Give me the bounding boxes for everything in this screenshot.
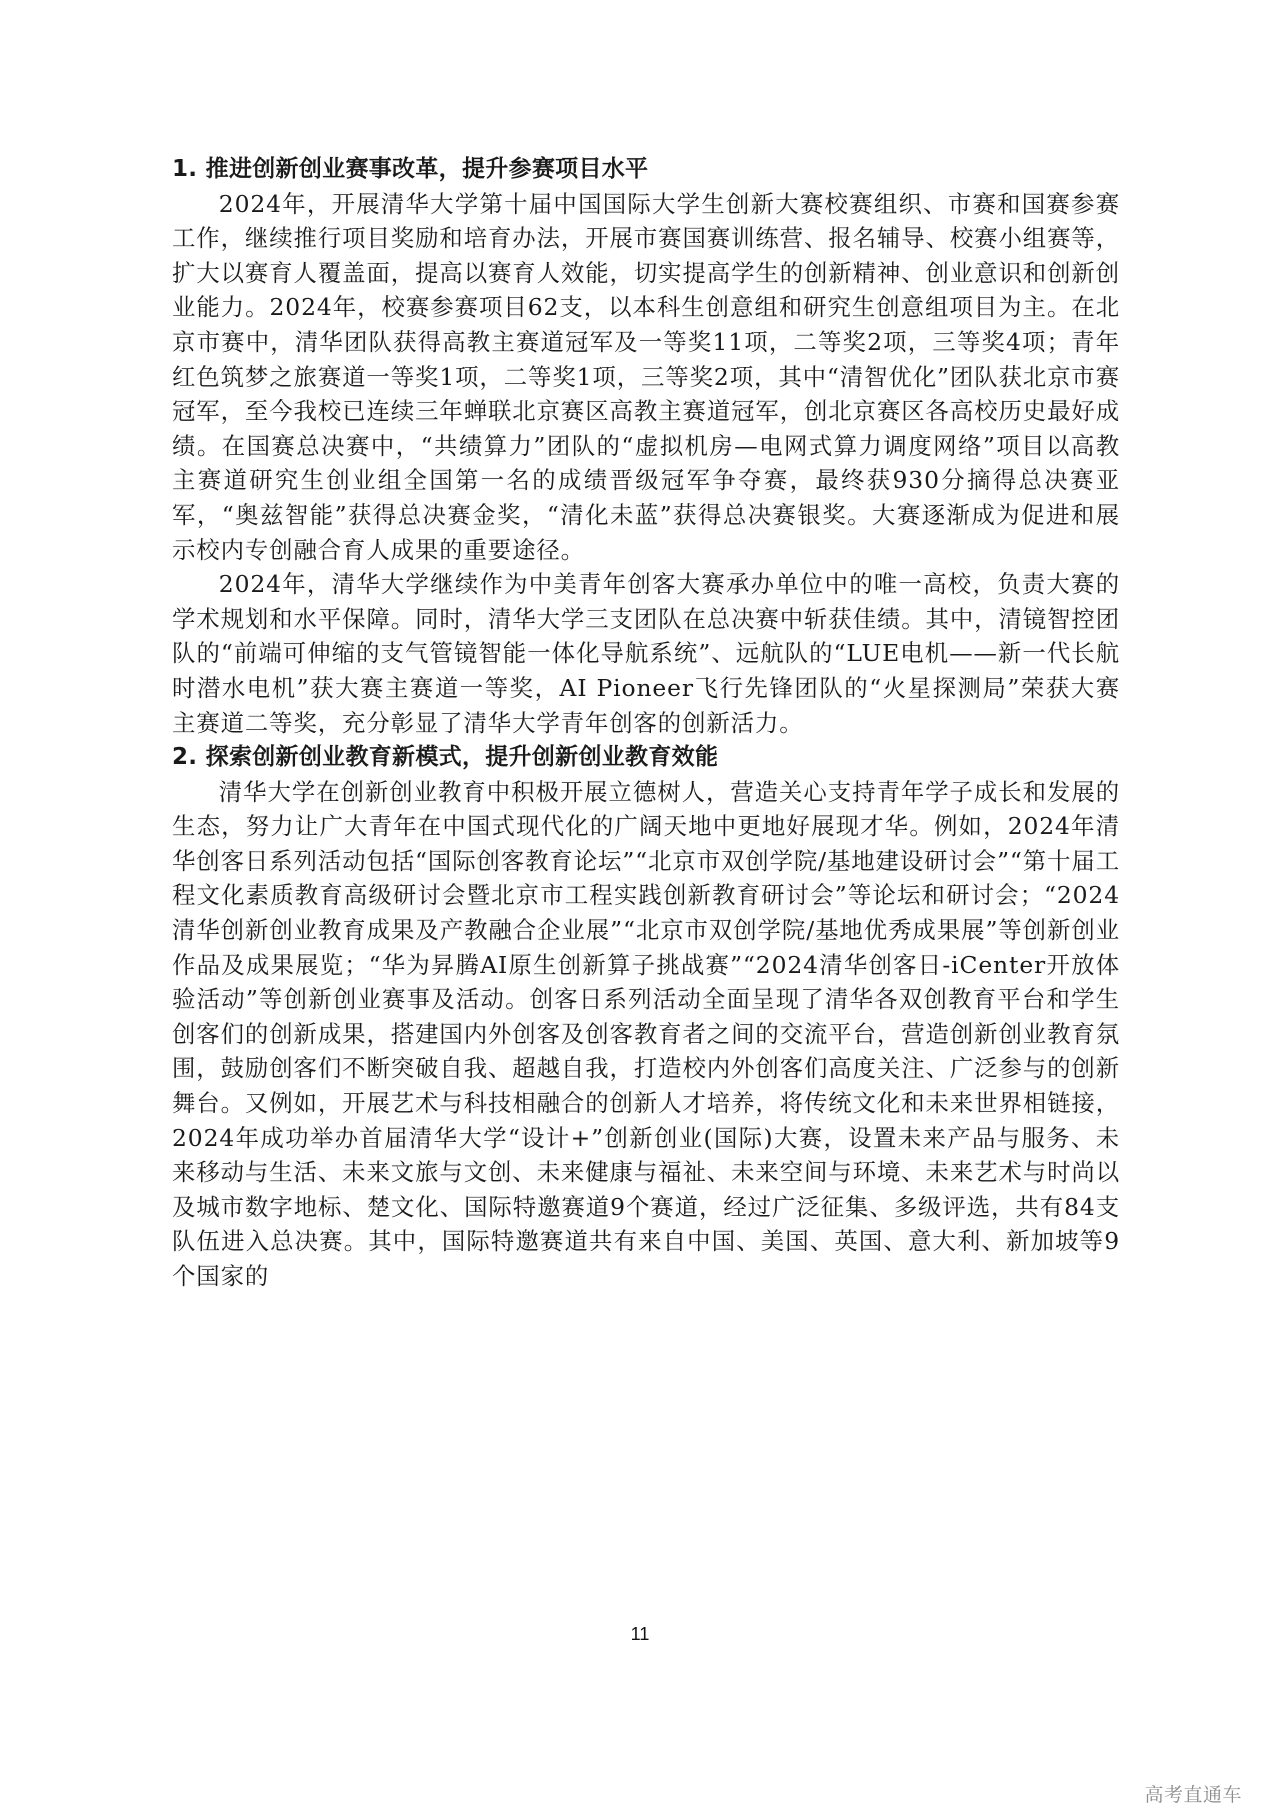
watermark: 高考直通车 (1144, 1780, 1242, 1807)
paragraph-competition-reform: 2024年，开展清华大学第十届中国国际大学生创新大赛校赛组织、市赛和国赛参赛工作… (172, 187, 1120, 568)
paragraph-education-model: 清华大学在创新创业教育中积极开展立德树人，营造关心支持青年学子成长和发展的生态，… (172, 775, 1120, 1294)
page-number: 11 (0, 1624, 1280, 1645)
paragraph-maker-competition: 2024年，清华大学继续作为中美青年创客大赛承办单位中的唯一高校，负责大赛的学术… (172, 567, 1120, 740)
section-heading-2: 2. 探索创新创业教育新模式，提升创新创业教育效能 (172, 740, 1120, 775)
section-heading-1: 1. 推进创新创业赛事改革，提升参赛项目水平 (172, 152, 1120, 187)
document-body: 1. 推进创新创业赛事改革，提升参赛项目水平 2024年，开展清华大学第十届中国… (172, 152, 1120, 1294)
